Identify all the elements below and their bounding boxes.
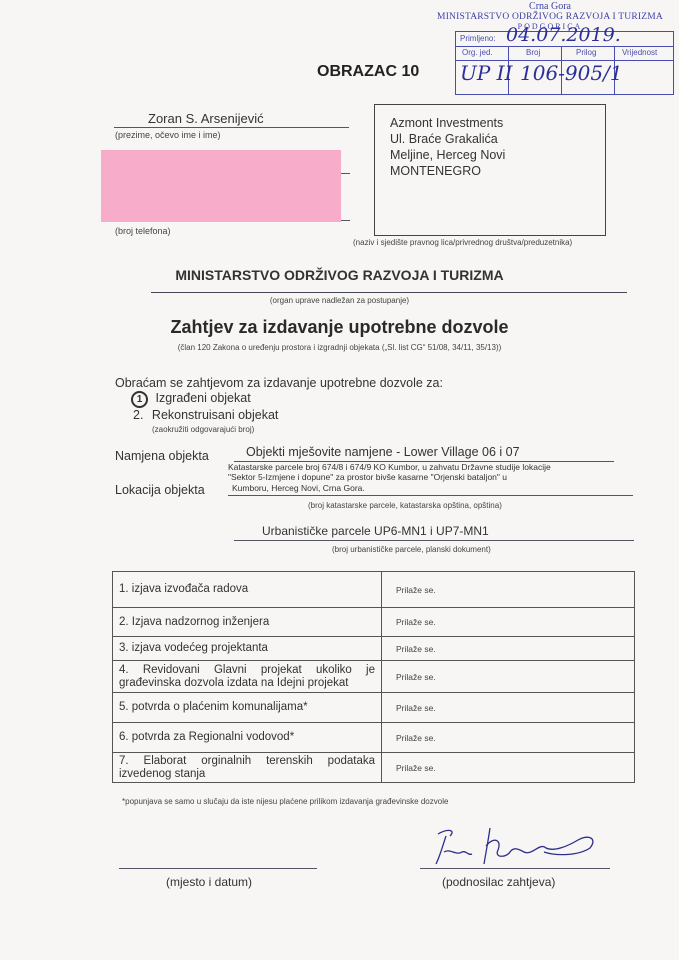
tick-mark [341,220,350,221]
purpose-value: Objekti mješovite namjene - Lower Villag… [246,445,520,459]
stamp-col-org: Org. jed. [462,48,493,57]
attachment-label: 1. izjava izvođača radova [113,572,382,608]
authority-underline [151,292,627,293]
attachment-label: 3. izjava vodećeg projektanta [113,637,382,661]
attachment-status: Prilaže se. [382,608,635,637]
urban-parcel-caption: (broj urbanističke parcele, planski doku… [332,545,491,554]
authority-caption: (organ uprave nadležan za postupanje) [0,296,679,305]
tick-mark [341,173,350,174]
option-label: Izgrađeni objekat [155,391,250,405]
stamp-grid: Primljeno: 04.07.2019. Org. jed. Broj Pr… [455,31,674,95]
name-underline [114,127,349,128]
location-underline [228,495,633,496]
location-label: Lokacija objekta [115,483,205,497]
attachment-status: Prilaže se. [382,753,635,783]
attachment-status: Prilaže se. [382,693,635,723]
location-line: "Sektor 5-Izmjene i dopune" za prostor b… [228,473,551,483]
option-built[interactable]: 1 Izgrađeni objekat [133,391,251,408]
company-caption: (naziv i sjedište pravnog lica/privredno… [353,238,572,247]
attachments-table: 1. izjava izvođača radova Prilaže se. 2.… [112,571,635,783]
attachment-status: Prilaže se. [382,723,635,753]
company-line: Ul. Braće Grakalića [390,131,505,147]
attachment-label: 2. Izjava nadzornog inženjera [113,608,382,637]
name-caption: (prezime, očevo ime i ime) [115,130,221,140]
stamp-received-label: Primljeno: [460,34,496,43]
phone-caption: (broj telefona) [115,226,171,236]
applicant-caption: (podnosilac zahtjeva) [442,875,555,889]
options-note: (zaokružiti odgovarajući broj) [152,425,254,434]
location-value: Katastarske parcele broj 674/8 i 674/9 K… [228,463,551,494]
table-row: 5. potvrda o plaćenim komunalijama* Pril… [113,693,635,723]
table-row: 6. potvrda za Regionalni vodovod* Prilaž… [113,723,635,753]
urban-parcel-value: Urbanističke parcele UP6-MN1 i UP7-MN1 [262,524,489,538]
registry-stamp: Crna Gora MINISTARSTVO ODRŽIVOG RAZVOJA … [425,2,675,31]
stamp-country: Crna Gora [425,2,675,12]
attachment-status: Prilaže se. [382,637,635,661]
signature-scribble-icon [428,822,608,870]
table-row: 1. izjava izvođača radova Prilaže se. [113,572,635,608]
place-date-line [119,868,317,869]
redacted-region [101,150,341,222]
company-address-box: Azmont Investments Ul. Braće Grakalića M… [374,104,606,236]
authority-name: MINISTARSTVO ODRŽIVOG RAZVOJA I TURIZMA [0,267,679,283]
location-caption: (broj katastarske parcele, katastarska o… [308,501,502,510]
signature-line [420,868,610,869]
table-row: 3. izjava vodećeg projektanta Prilaže se… [113,637,635,661]
stamp-col-broj: Broj [526,48,540,57]
attachment-label: 7. Elaborat orginalnih terenskih podatak… [113,753,382,783]
table-row: 2. Izjava nadzornog inženjera Prilaže se… [113,608,635,637]
company-line: Meljine, Herceg Novi [390,147,505,163]
stamp-received-date: 04.07.2019. [506,24,621,46]
stamp-org-unit: UP II [460,61,512,85]
footnote: *popunjava se samo u slučaju da iste nij… [122,797,448,806]
applicant-name: Zoran S. Arsenijević [148,111,264,126]
form-number: OBRAZAC 10 [317,63,419,81]
attachment-label: 6. potvrda za Regionalni vodovod* [113,723,382,753]
table-row: 4. Revidovani Glavni projekat ukoliko je… [113,661,635,693]
location-line: Kumboru, Herceg Novi, Crna Gora. [232,484,551,494]
option-selected-circle-icon: 1 [131,391,148,408]
option-reconstructed[interactable]: 2. Rekonstruisani objekat [133,408,278,422]
company-line: Azmont Investments [390,115,505,131]
stamp-number: 106-905/1 [520,61,623,85]
place-date-caption: (mjesto i datum) [166,875,252,889]
attachment-label: 4. Revidovani Glavni projekat ukoliko je… [113,661,382,693]
document-title: Zahtjev za izdavanje upotrebne dozvole [0,317,679,338]
request-intro: Obraćam se zahtjevom za izdavanje upotre… [115,376,443,390]
attachment-status: Prilaže se. [382,572,635,608]
legal-basis: (član 120 Zakona o uređenju prostora i i… [0,343,679,352]
stamp-col-vrijednost: Vrijednost [622,48,657,57]
option-label: Rekonstruisani objekat [152,408,278,422]
stamp-col-prilog: Prilog [576,48,596,57]
attachment-label: 5. potvrda o plaćenim komunalijama* [113,693,382,723]
company-line: MONTENEGRO [390,163,505,179]
table-row: 7. Elaborat orginalnih terenskih podatak… [113,753,635,783]
attachment-status: Prilaže se. [382,661,635,693]
purpose-label: Namjena objekta [115,449,209,463]
option-number: 2. [133,408,143,422]
urban-parcel-underline [234,540,634,541]
